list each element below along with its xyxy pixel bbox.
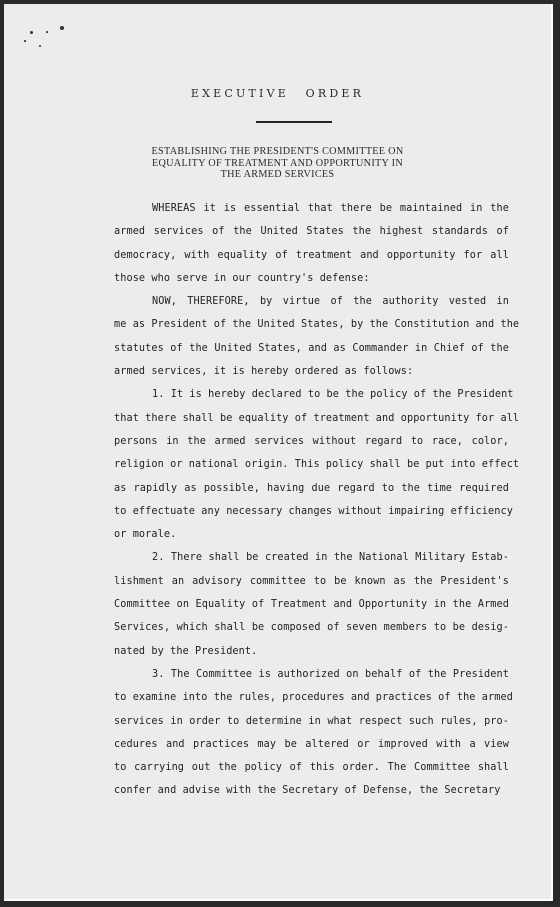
text-line: that there shall be equality of treatmen… [114,413,509,436]
document-title: EXECUTIVE ORDER [4,87,551,100]
text-line: WHEREAS it is essential that there be ma… [114,203,509,226]
text-line: services in order to determine in what r… [114,716,509,739]
subtitle-line: EQUALITY OF TREATMENT AND OPPORTUNITY IN [4,158,551,170]
subtitle-line: ESTABLISHING THE PRESIDENT'S COMMITTEE O… [4,146,551,158]
now-therefore-clause: NOW, THEREFORE, by virtue of the authori… [114,296,509,389]
text-line: persons in the armed services without re… [114,436,509,459]
text-line: NOW, THEREFORE, by virtue of the authori… [114,296,509,319]
section-3: 3. The Committee is authorized on behalf… [114,669,509,809]
text-line: 3. The Committee is authorized on behalf… [114,669,509,692]
whereas-clause: WHEREAS it is essential that there be ma… [114,203,509,296]
text-line: to effectuate any necessary changes with… [114,506,509,529]
text-line: Committee on Equality of Treatment and O… [114,599,509,622]
subtitle-line: THE ARMED SERVICES [4,169,551,181]
scan-specks [22,22,72,52]
text-line: confer and advise with the Secretary of … [114,785,509,808]
text-line: lishment an advisory committee to be kno… [114,576,509,599]
text-line: religion or national origin. This policy… [114,459,509,482]
section-2: 2. There shall be created in the Nationa… [114,552,509,668]
title-rule [256,121,332,123]
section-1: 1. It is hereby declared to be the polic… [114,389,509,552]
document-body: WHEREAS it is essential that there be ma… [114,203,509,809]
document-page: EXECUTIVE ORDER ESTABLISHING THE PRESIDE… [4,4,553,901]
text-line: to carrying out the policy of this order… [114,762,509,785]
text-line: those who serve in our country's defense… [114,273,509,296]
text-line: me as President of the United States, by… [114,319,509,342]
text-line: democracy, with equality of treatment an… [114,250,509,273]
text-line: nated by the President. [114,646,509,669]
text-line: cedures and practices may be altered or … [114,739,509,762]
text-line: as rapidly as possible, having due regar… [114,483,509,506]
text-line: armed services, it is hereby ordered as … [114,366,509,389]
text-line: 1. It is hereby declared to be the polic… [114,389,509,412]
text-line: statutes of the United States, and as Co… [114,343,509,366]
text-line: to examine into the rules, procedures an… [114,692,509,715]
text-line: or morale. [114,529,509,552]
document-subtitle: ESTABLISHING THE PRESIDENT'S COMMITTEE O… [4,146,551,181]
text-line: Services, which shall be composed of sev… [114,622,509,645]
text-line: 2. There shall be created in the Nationa… [114,552,509,575]
text-line: armed services of the United States the … [114,226,509,249]
